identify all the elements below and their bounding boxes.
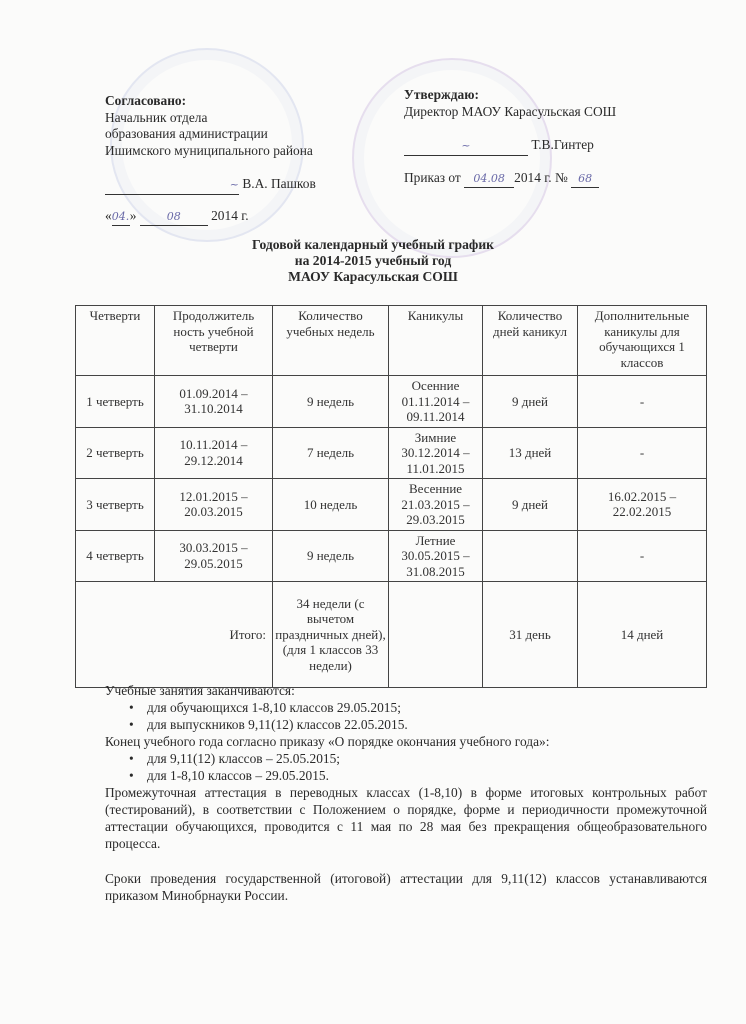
cell-weeks: 9 недель (273, 530, 389, 582)
cell-total-holidays (389, 582, 483, 688)
cell-period: 01.09.2014 – 31.10.2014 (155, 376, 273, 428)
year-end-list: для 9,11(12) классов – 25.05.2015; для 1… (105, 750, 340, 784)
classes-end-list: для обучающихся 1-8,10 классов 29.05.201… (105, 699, 408, 733)
holiday-name: Зимние (391, 430, 480, 446)
signature-scribble-right: ~ (461, 139, 470, 152)
approval-right-order-row: Приказ от 04.082014 г. № 68 (404, 170, 616, 189)
approval-block-right: Утверждаю: Директор МАОУ Карасульская СО… (404, 87, 616, 188)
cell-holiday-days: 9 дней (483, 479, 578, 531)
approval-right-signature-row: ~ Т.В.Гинтер (404, 137, 616, 156)
holiday-period: 01.11.2014 – 09.11.2014 (391, 394, 480, 425)
cell-holiday-days: 13 дней (483, 427, 578, 479)
order-year: 2014 г. № (514, 170, 568, 185)
cell-holidays: Зимние30.12.2014 – 11.01.2015 (389, 427, 483, 479)
order-prefix: Приказ от (404, 170, 461, 185)
approval-left-date-row: «04.» 08 2014 г. (105, 208, 316, 227)
cell-holidays: Весенние21.03.2015 – 29.03.2015 (389, 479, 483, 531)
header-weeks: Количество учебных недель (273, 306, 389, 376)
cell-holiday-days: 9 дней (483, 376, 578, 428)
header-holiday-days: Количество дней каникул (483, 306, 578, 376)
cell-period: 30.03.2015 – 29.05.2015 (155, 530, 273, 582)
cell-period: 10.11.2014 – 29.12.2014 (155, 427, 273, 479)
cell-holiday-days (483, 530, 578, 582)
approval-left-line3: Ишимского муниципального района (105, 143, 316, 160)
order-date: 04.08 (464, 171, 514, 189)
holiday-name: Осенние (391, 378, 480, 394)
cell-weeks: 7 недель (273, 427, 389, 479)
cell-total-extra: 14 дней (578, 582, 707, 688)
title-line2: на 2014-2015 учебный год (0, 253, 746, 269)
table-header-row: Четверти Продолжитель ность учебной четв… (76, 306, 707, 376)
table-row: 2 четверть 10.11.2014 – 29.12.2014 7 нед… (76, 427, 707, 479)
header-duration: Продолжитель ность учебной четверти (155, 306, 273, 376)
approval-left-line1: Начальник отдела (105, 110, 316, 127)
cell-quarter: 1 четверть (76, 376, 155, 428)
schedule-table: Четверти Продолжитель ность учебной четв… (75, 305, 707, 688)
approval-block-left: Согласовано: Начальник отдела образовани… (105, 93, 316, 226)
cell-holidays: Летние30.05.2015 – 31.08.2015 (389, 530, 483, 582)
table-row: 4 четверть 30.03.2015 – 29.05.2015 9 нед… (76, 530, 707, 582)
cell-extra: - (578, 530, 707, 582)
header-holidays: Каникулы (389, 306, 483, 376)
cell-extra: - (578, 427, 707, 479)
cell-extra: - (578, 376, 707, 428)
holiday-name: Летние (391, 533, 480, 549)
cell-weeks: 10 недель (273, 479, 389, 531)
cell-quarter: 4 четверть (76, 530, 155, 582)
approval-right-signature-name: Т.В.Гинтер (531, 137, 594, 152)
state-attestation-paragraph: Сроки проведения государственной (итогов… (105, 870, 707, 904)
table-row: 3 четверть 12.01.2015 – 20.03.2015 10 не… (76, 479, 707, 531)
holiday-period: 30.12.2014 – 11.01.2015 (391, 445, 480, 476)
cell-quarter: 2 четверть (76, 427, 155, 479)
approval-left-date-year: 2014 г. (211, 208, 248, 223)
cell-weeks: 9 недель (273, 376, 389, 428)
signature-scribble-left: ~ (230, 178, 239, 191)
cell-total-weeks: 34 недели (с вычетом праздничных дней), … (273, 582, 389, 688)
title-line1: Годовой календарный учебный график (0, 237, 746, 253)
signature-line-left: ~ (105, 176, 239, 195)
document-title: Годовой календарный учебный график на 20… (0, 237, 746, 285)
list-item: для выпускников 9,11(12) классов 22.05.2… (105, 716, 408, 733)
year-end-heading: Конец учебного года согласно приказу «О … (105, 733, 707, 750)
list-item: для 1-8,10 классов – 29.05.2015. (105, 767, 340, 784)
classes-end-heading: Учебные занятия заканчиваются: (105, 682, 707, 699)
approval-left-signature-row: ~ В.А. Пашков (105, 176, 316, 195)
cell-period: 12.01.2015 – 20.03.2015 (155, 479, 273, 531)
approval-left-heading: Согласовано: (105, 93, 316, 110)
approval-right-heading: Утверждаю: (404, 87, 616, 104)
approval-left-date-day: 04. (112, 209, 130, 227)
approval-left-signature-name: В.А. Пашков (242, 176, 315, 191)
approval-left-line2: образования администрации (105, 126, 316, 143)
table-row: 1 четверть 01.09.2014 – 31.10.2014 9 нед… (76, 376, 707, 428)
cell-total-holiday-days: 31 день (483, 582, 578, 688)
cell-total-label: Итого: (76, 582, 273, 688)
header-extra-holidays: Дополнительные каникулы для обучающихся … (578, 306, 707, 376)
cell-quarter: 3 четверть (76, 479, 155, 531)
holiday-period: 21.03.2015 – 29.03.2015 (391, 497, 480, 528)
list-item: для 9,11(12) классов – 25.05.2015; (105, 750, 340, 767)
holiday-period: 30.05.2015 – 31.08.2015 (391, 548, 480, 579)
header-quarters: Четверти (76, 306, 155, 376)
approval-left-date-month: 08 (140, 209, 208, 227)
attestation-paragraph: Промежуточная аттестация в переводных кл… (105, 784, 707, 852)
title-line3: МАОУ Карасульская СОШ (0, 269, 746, 285)
table-total-row: Итого: 34 недели (с вычетом праздничных … (76, 582, 707, 688)
holiday-name: Весенние (391, 481, 480, 497)
cell-holidays: Осенние01.11.2014 – 09.11.2014 (389, 376, 483, 428)
cell-extra: 16.02.2015 – 22.02.2015 (578, 479, 707, 531)
approval-right-line1: Директор МАОУ Карасульская СОШ (404, 104, 616, 121)
signature-line-right: ~ (404, 137, 528, 156)
order-number: 68 (571, 171, 599, 189)
list-item: для обучающихся 1-8,10 классов 29.05.201… (105, 699, 408, 716)
